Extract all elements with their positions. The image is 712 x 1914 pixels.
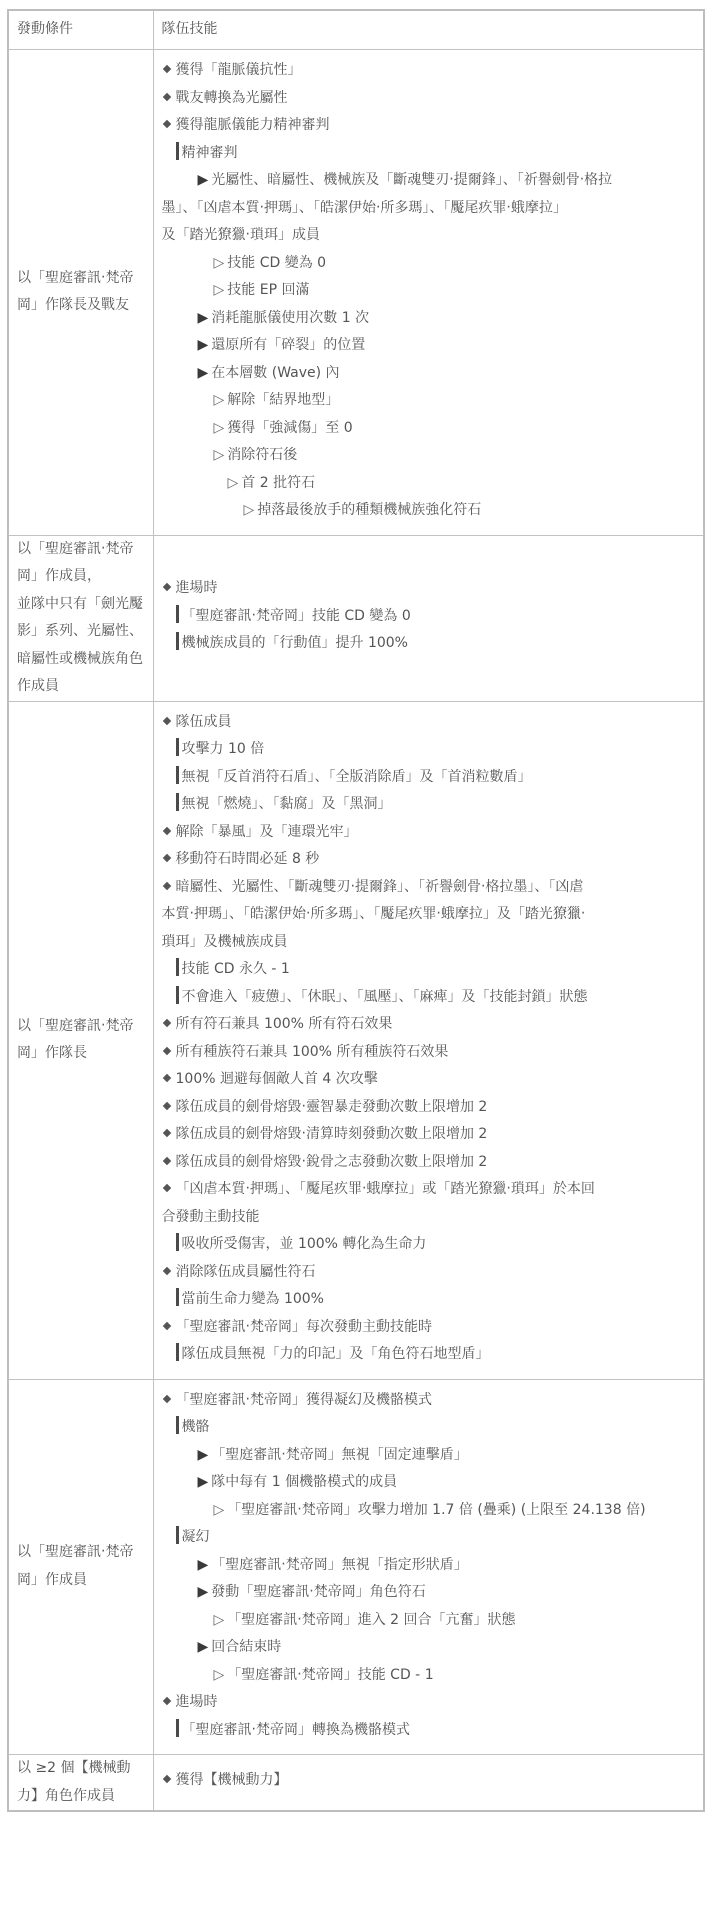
skill-line-text: 光屬性、暗屬性、機械族及「斷魂雙刃‧提爾鋒」、「祈譽劍骨‧格拉: [211, 172, 612, 188]
skill-line-text: 「聖庭審訊‧梵帝岡」無視「指定形狀盾」: [211, 1557, 467, 1573]
skill-subheading: 凝幻: [162, 1524, 696, 1552]
skill-line: 消除隊伍成員屬性符石: [162, 1259, 696, 1287]
skill-line: ▷「聖庭審訊‧梵帝岡」攻擊力增加 1.7 倍 (疊乘) (上限至 24.138 …: [162, 1497, 696, 1525]
skill-line-text: 首 2 批符石: [241, 475, 315, 491]
skill-line-text: 技能 CD 變為 0: [227, 255, 326, 271]
skill-line: 獲得「龍脈儀抗性」: [162, 57, 696, 85]
skill-line: 隊伍成員: [162, 709, 696, 737]
skill-line-text: 「聖庭審訊‧梵帝岡」無視「固定連擊盾」: [211, 1447, 467, 1463]
skill-line: ▶發動「聖庭審訊‧梵帝岡」角色符石: [162, 1579, 696, 1607]
hollow-triangle-icon: ▷: [214, 392, 225, 408]
skill-subline: 攻擊力 10 倍: [162, 736, 696, 764]
skill-line-text: 回合結束時: [211, 1639, 281, 1655]
skills-cell: 「聖庭審訊‧梵帝岡」獲得凝幻及機骼模式 機骼 ▶「聖庭審訊‧梵帝岡」無視「固定連…: [153, 1379, 704, 1755]
header-condition: 發動條件: [8, 10, 153, 50]
table-row: 以「聖庭審訊‧梵帝岡」作隊長 隊伍成員 攻擊力 10 倍 無視「反首消符石盾」、…: [8, 701, 704, 1379]
skill-subline: 無視「反首消符石盾」、「全版消除盾」及「首消粒數盾」: [162, 764, 696, 792]
skill-line: 所有種族符石兼具 100% 所有種族符石效果: [162, 1039, 696, 1067]
skill-subline: 「聖庭審訊‧梵帝岡」轉換為機骼模式: [162, 1717, 696, 1745]
skill-line-text: 消除符石後: [227, 447, 297, 463]
skill-line: ▷首 2 批符石: [162, 470, 696, 498]
skill-line: 獲得龍脈儀能力精神審判: [162, 112, 696, 140]
skill-line-text: 「聖庭審訊‧梵帝岡」進入 2 回合「亢奮」狀態: [227, 1612, 515, 1628]
skill-subline: 隊伍成員無視「力的印記」及「角色符石地型盾」: [162, 1341, 696, 1369]
skill-subheading-text: 凝幻: [182, 1529, 210, 1545]
skill-line: 「凶虐本質‧押瑪」、「魘尾疚罪‧蛾摩拉」或「踏光獠獵‧瑣珥」於本回: [162, 1176, 696, 1204]
skill-line-text: 掉落最後放手的種類機械族強化符石: [257, 502, 481, 518]
filled-triangle-icon: ▶: [198, 172, 209, 188]
skill-line-text: 技能 CD 永久 - 1: [182, 961, 290, 977]
skill-line: 所有符石兼具 100% 所有符石效果: [162, 1011, 696, 1039]
filled-triangle-icon: ▶: [198, 1447, 209, 1463]
skill-subline: 技能 CD 永久 - 1: [162, 956, 696, 984]
skill-line-text: 無視「燃燒」、「黏腐」及「黑洞」: [182, 796, 392, 812]
skill-line: 移動符石時間必延 8 秒: [162, 846, 696, 874]
skill-line: ▷技能 CD 變為 0: [162, 250, 696, 278]
skills-cell: 獲得「龍脈儀抗性」 戰友轉換為光屬性 獲得龍脈儀能力精神審判 精神審判 ▶光屬性…: [153, 50, 704, 536]
hollow-triangle-icon: ▷: [214, 1612, 225, 1628]
skill-line: ▷技能 EP 回滿: [162, 277, 696, 305]
condition-cell: 以 ≥2 個【機械動力】角色作成員: [8, 1755, 153, 1812]
skill-subline: 當前生命力變為 100%: [162, 1286, 696, 1314]
filled-triangle-icon: ▶: [198, 365, 209, 381]
table-row: 以「聖庭審訊‧梵帝岡」作成員 「聖庭審訊‧梵帝岡」獲得凝幻及機骼模式 機骼 ▶「…: [8, 1379, 704, 1755]
table-row: 以「聖庭審訊‧梵帝岡」作隊長及戰友 獲得「龍脈儀抗性」 戰友轉換為光屬性 獲得龍…: [8, 50, 704, 536]
skill-line-text: 「聖庭審訊‧梵帝岡」技能 CD 變為 0: [182, 608, 411, 624]
skill-subline: 不會進入「疲憊」、「休眠」、「風壓」、「麻痺」及「技能封鎖」狀態: [162, 984, 696, 1012]
skill-line: 進場時: [162, 575, 696, 603]
skill-line: ▶光屬性、暗屬性、機械族及「斷魂雙刃‧提爾鋒」、「祈譽劍骨‧格拉: [162, 167, 696, 195]
skill-line-continuation: 瑣珥」及機械族成員: [162, 929, 696, 957]
skill-line: ▶「聖庭審訊‧梵帝岡」無視「固定連擊盾」: [162, 1442, 696, 1470]
skill-line: ▶回合結束時: [162, 1634, 696, 1662]
skill-line-continuation: 墨」、「凶虐本質‧押瑪」、「皓潔伊始‧所多瑪」、「魘尾疚罪‧蛾摩拉」: [162, 195, 696, 223]
skill-line: 100% 迴避每個敵人首 4 次攻擊: [162, 1066, 696, 1094]
filled-triangle-icon: ▶: [198, 1557, 209, 1573]
skill-line-continuation: 本質‧押瑪」、「皓潔伊始‧所多瑪」、「魘尾疚罪‧蛾摩拉」及「踏光獠獵‧: [162, 901, 696, 929]
condition-cell: 以「聖庭審訊‧梵帝岡」作隊長: [8, 701, 153, 1379]
skill-line: ▶「聖庭審訊‧梵帝岡」無視「指定形狀盾」: [162, 1552, 696, 1580]
skill-line-text: 消耗龍脈儀使用次數 1 次: [211, 310, 369, 326]
skill-line-text: 「聖庭審訊‧梵帝岡」攻擊力增加 1.7 倍 (疊乘) (上限至 24.138 倍…: [227, 1502, 645, 1518]
skills-cell: 隊伍成員 攻擊力 10 倍 無視「反首消符石盾」、「全版消除盾」及「首消粒數盾」…: [153, 701, 704, 1379]
skill-subheading: 機骼: [162, 1414, 696, 1442]
skill-line: 獲得【機械動力】: [162, 1767, 696, 1795]
skill-subline: 吸收所受傷害，並 100% 轉化為生命力: [162, 1231, 696, 1259]
skill-line: 「聖庭審訊‧梵帝岡」獲得凝幻及機骼模式: [162, 1387, 696, 1415]
skill-line: ▶消耗龍脈儀使用次數 1 次: [162, 305, 696, 333]
filled-triangle-icon: ▶: [198, 1639, 209, 1655]
skill-line-continuation: 合發動主動技能: [162, 1204, 696, 1232]
filled-triangle-icon: ▶: [198, 337, 209, 353]
skill-line: ▶還原所有「碎裂」的位置: [162, 332, 696, 360]
skill-line: ▷「聖庭審訊‧梵帝岡」進入 2 回合「亢奮」狀態: [162, 1607, 696, 1635]
skill-line-text: 「聖庭審訊‧梵帝岡」技能 CD - 1: [227, 1667, 433, 1683]
skill-subheading: 精神審判: [162, 140, 696, 168]
filled-triangle-icon: ▶: [198, 1474, 209, 1490]
skill-line: 隊伍成員的劍骨熔毀‧銳骨之志發動次數上限增加 2: [162, 1149, 696, 1177]
hollow-triangle-icon: ▷: [214, 1502, 225, 1518]
skills-cell: 獲得【機械動力】: [153, 1755, 704, 1812]
table-row: 以 ≥2 個【機械動力】角色作成員 獲得【機械動力】: [8, 1755, 704, 1812]
skills-cell: 進場時 「聖庭審訊‧梵帝岡」技能 CD 變為 0 機械族成員的「行動值」提升 1…: [153, 535, 704, 701]
skill-line: 戰友轉換為光屬性: [162, 85, 696, 113]
table-header-row: 發動條件 隊伍技能: [8, 10, 704, 50]
skill-line-text: 解除「結界地型」: [227, 392, 339, 408]
skill-line: ▷「聖庭審訊‧梵帝岡」技能 CD - 1: [162, 1662, 696, 1690]
hollow-triangle-icon: ▷: [214, 420, 225, 436]
skill-line-text: 還原所有「碎裂」的位置: [211, 337, 365, 353]
skill-line: 隊伍成員的劍骨熔毀‧清算時刻發動次數上限增加 2: [162, 1121, 696, 1149]
skill-line-text: 技能 EP 回滿: [227, 282, 309, 298]
skill-line: ▶隊中每有 1 個機骼模式的成員: [162, 1469, 696, 1497]
condition-line: 並隊中只有「劍光魘影」系列、光屬性、: [17, 591, 145, 646]
condition-cell: 以「聖庭審訊‧梵帝岡」作隊長及戰友: [8, 50, 153, 536]
skill-line-text: 當前生命力變為 100%: [182, 1291, 324, 1307]
condition-line: 暗屬性或機械族角色作成員: [17, 646, 145, 701]
skill-subline: 機械族成員的「行動值」提升 100%: [162, 630, 696, 658]
skill-line-text: 無視「反首消符石盾」、「全版消除盾」及「首消粒數盾」: [182, 769, 532, 785]
skill-line-text: 在本層數 (Wave) 內: [211, 365, 339, 381]
team-skill-table: 發動條件 隊伍技能 以「聖庭審訊‧梵帝岡」作隊長及戰友 獲得「龍脈儀抗性」 戰友…: [7, 9, 705, 1812]
filled-triangle-icon: ▶: [198, 1584, 209, 1600]
hollow-triangle-icon: ▷: [214, 1667, 225, 1683]
skill-line-text: 攻擊力 10 倍: [182, 741, 265, 757]
skill-line-continuation: 及「踏光獠獵‧瑣珥」成員: [162, 222, 696, 250]
header-team-skill: 隊伍技能: [153, 10, 704, 50]
filled-triangle-icon: ▶: [198, 310, 209, 326]
skill-line-text: 獲得「強減傷」至 0: [227, 420, 352, 436]
skill-line-text: 隊中每有 1 個機骼模式的成員: [211, 1474, 397, 1490]
hollow-triangle-icon: ▷: [228, 475, 239, 491]
condition-cell: 以「聖庭審訊‧梵帝岡」作成員， 並隊中只有「劍光魘影」系列、光屬性、 暗屬性或機…: [8, 535, 153, 701]
skill-line-text: 機械族成員的「行動值」提升 100%: [182, 635, 408, 651]
skill-subheading-text: 精神審判: [182, 145, 238, 161]
hollow-triangle-icon: ▷: [214, 447, 225, 463]
skill-line-text: 「聖庭審訊‧梵帝岡」轉換為機骼模式: [182, 1722, 410, 1738]
hollow-triangle-icon: ▷: [214, 255, 225, 271]
skill-line-text: 隊伍成員無視「力的印記」及「角色符石地型盾」: [182, 1346, 490, 1362]
hollow-triangle-icon: ▷: [214, 282, 225, 298]
skill-line-text: 發動「聖庭審訊‧梵帝岡」角色符石: [211, 1584, 425, 1600]
skill-subheading-text: 機骼: [182, 1419, 210, 1435]
skill-line: 「聖庭審訊‧梵帝岡」每次發動主動技能時: [162, 1314, 696, 1342]
skill-line: ▷掉落最後放手的種類機械族強化符石: [162, 497, 696, 525]
skill-line: ▷解除「結界地型」: [162, 387, 696, 415]
skill-line: 隊伍成員的劍骨熔毀‧靈智暴走發動次數上限增加 2: [162, 1094, 696, 1122]
skill-line: ▷獲得「強減傷」至 0: [162, 415, 696, 443]
condition-line: 以「聖庭審訊‧梵帝岡」作成員，: [17, 536, 145, 591]
skill-line: ▶在本層數 (Wave) 內: [162, 360, 696, 388]
condition-cell: 以「聖庭審訊‧梵帝岡」作成員: [8, 1379, 153, 1755]
skill-line-text: 不會進入「疲憊」、「休眠」、「風壓」、「麻痺」及「技能封鎖」狀態: [182, 989, 588, 1005]
table-row: 以「聖庭審訊‧梵帝岡」作成員， 並隊中只有「劍光魘影」系列、光屬性、 暗屬性或機…: [8, 535, 704, 701]
skill-line: 暗屬性、光屬性、「斷魂雙刃‧提爾鋒」、「祈譽劍骨‧格拉墨」、「凶虐: [162, 874, 696, 902]
skill-line: 進場時: [162, 1689, 696, 1717]
skill-subline: 無視「燃燒」、「黏腐」及「黑洞」: [162, 791, 696, 819]
skill-line: ▷消除符石後: [162, 442, 696, 470]
hollow-triangle-icon: ▷: [244, 502, 255, 518]
skill-subline: 「聖庭審訊‧梵帝岡」技能 CD 變為 0: [162, 603, 696, 631]
skill-line: 解除「暴風」及「連環光牢」: [162, 819, 696, 847]
skill-line-text: 吸收所受傷害，並 100% 轉化為生命力: [182, 1236, 427, 1252]
